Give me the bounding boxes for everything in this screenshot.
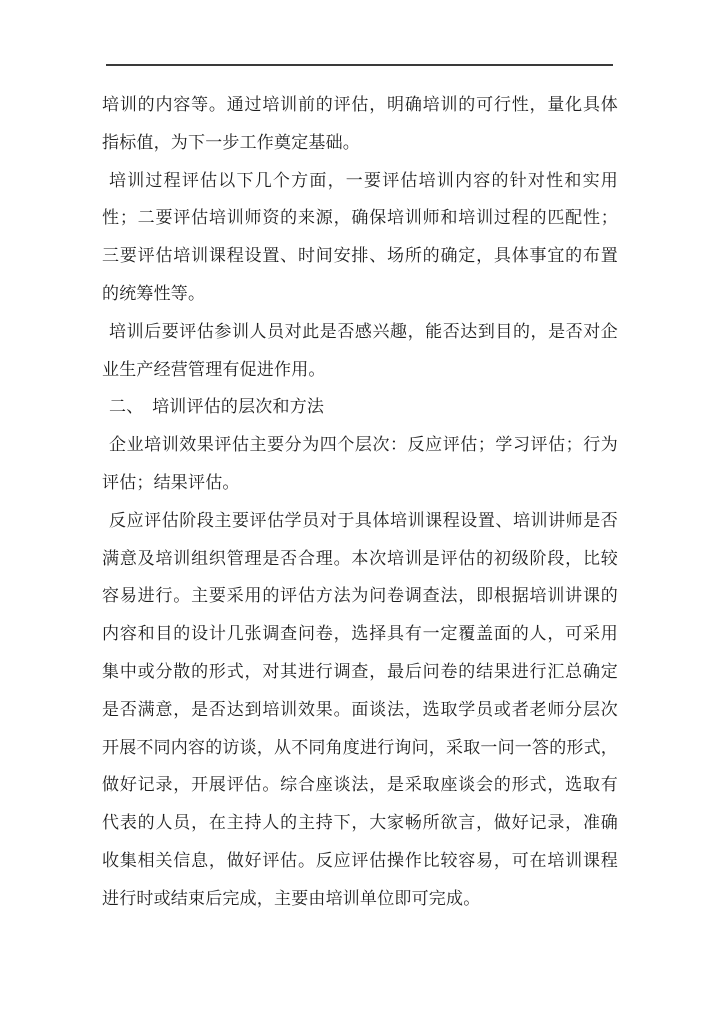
paragraph: 培训的内容等。通过培训前的评估，明确培训的可行性，量化具体指标值，为下一步工作奠… xyxy=(102,86,618,162)
text-line: 培训过程评估以下几个方面，一要评估培训内容的针对性和实用 xyxy=(102,162,618,200)
text-line: 指标值，为下一步工作奠定基础。 xyxy=(102,124,618,162)
text-line: 代表的人员，在主持人的主持下，大家畅所欲言，做好记录，准确 xyxy=(102,804,618,842)
text-line: 集中或分散的形式，对其进行调查，最后问卷的结果进行汇总确定 xyxy=(102,653,618,691)
text-line: 培训后要评估参训人员对此是否感兴趣，能否达到目的，是否对企 xyxy=(102,313,618,351)
text-line: 收集相关信息，做好评估。反应评估操作比较容易，可在培训课程 xyxy=(102,842,618,880)
text-line: 容易进行。主要采用的评估方法为问卷调查法，即根据培训讲课的 xyxy=(102,577,618,615)
section-heading: 二、 培训评估的层次和方法 xyxy=(102,388,618,426)
text-line: 做好记录，开展评估。综合座谈法，是采取座谈会的形式，选取有 xyxy=(102,766,618,804)
text-line: 内容和目的设计几张调查问卷，选择具有一定覆盖面的人，可采用 xyxy=(102,615,618,653)
text-line: 培训的内容等。通过培训前的评估，明确培训的可行性，量化具体 xyxy=(102,86,618,124)
section-heading-text: 二、 培训评估的层次和方法 xyxy=(102,388,618,426)
document-body: 培训的内容等。通过培训前的评估，明确培训的可行性，量化具体指标值，为下一步工作奠… xyxy=(102,86,618,918)
text-line: 满意及培训组织管理是否合理。本次培训是评估的初级阶段，比较 xyxy=(102,540,618,578)
text-line: 的统筹性等。 xyxy=(102,275,618,313)
text-line: 反应评估阶段主要评估学员对于具体培训课程设置、培训讲师是否 xyxy=(102,502,618,540)
paragraph: 企业培训效果评估主要分为四个层次：反应评估；学习评估；行为评估；结果评估。 xyxy=(102,426,618,502)
document-page: 培训的内容等。通过培训前的评估，明确培训的可行性，量化具体指标值，为下一步工作奠… xyxy=(0,0,721,1020)
text-line: 进行时或结束后完成，主要由培训单位即可完成。 xyxy=(102,880,618,918)
paragraph: 培训过程评估以下几个方面，一要评估培训内容的针对性和实用性；二要评估培训师资的来… xyxy=(102,162,618,313)
text-line: 业生产经营管理有促进作用。 xyxy=(102,351,618,389)
header-rule xyxy=(106,64,613,66)
text-line: 是否满意，是否达到培训效果。面谈法，选取学员或者老师分层次 xyxy=(102,691,618,729)
paragraph: 培训后要评估参训人员对此是否感兴趣，能否达到目的，是否对企业生产经营管理有促进作… xyxy=(102,313,618,389)
text-line: 企业培训效果评估主要分为四个层次：反应评估；学习评估；行为 xyxy=(102,426,618,464)
text-line: 评估；结果评估。 xyxy=(102,464,618,502)
text-line: 性；二要评估培训师资的来源，确保培训师和培训过程的匹配性； xyxy=(102,199,618,237)
paragraph: 反应评估阶段主要评估学员对于具体培训课程设置、培训讲师是否满意及培训组织管理是否… xyxy=(102,502,618,918)
text-line: 开展不同内容的访谈，从不同角度进行询问，采取一问一答的形式， xyxy=(102,729,618,767)
text-line: 三要评估培训课程设置、时间安排、场所的确定，具体事宜的布置 xyxy=(102,237,618,275)
